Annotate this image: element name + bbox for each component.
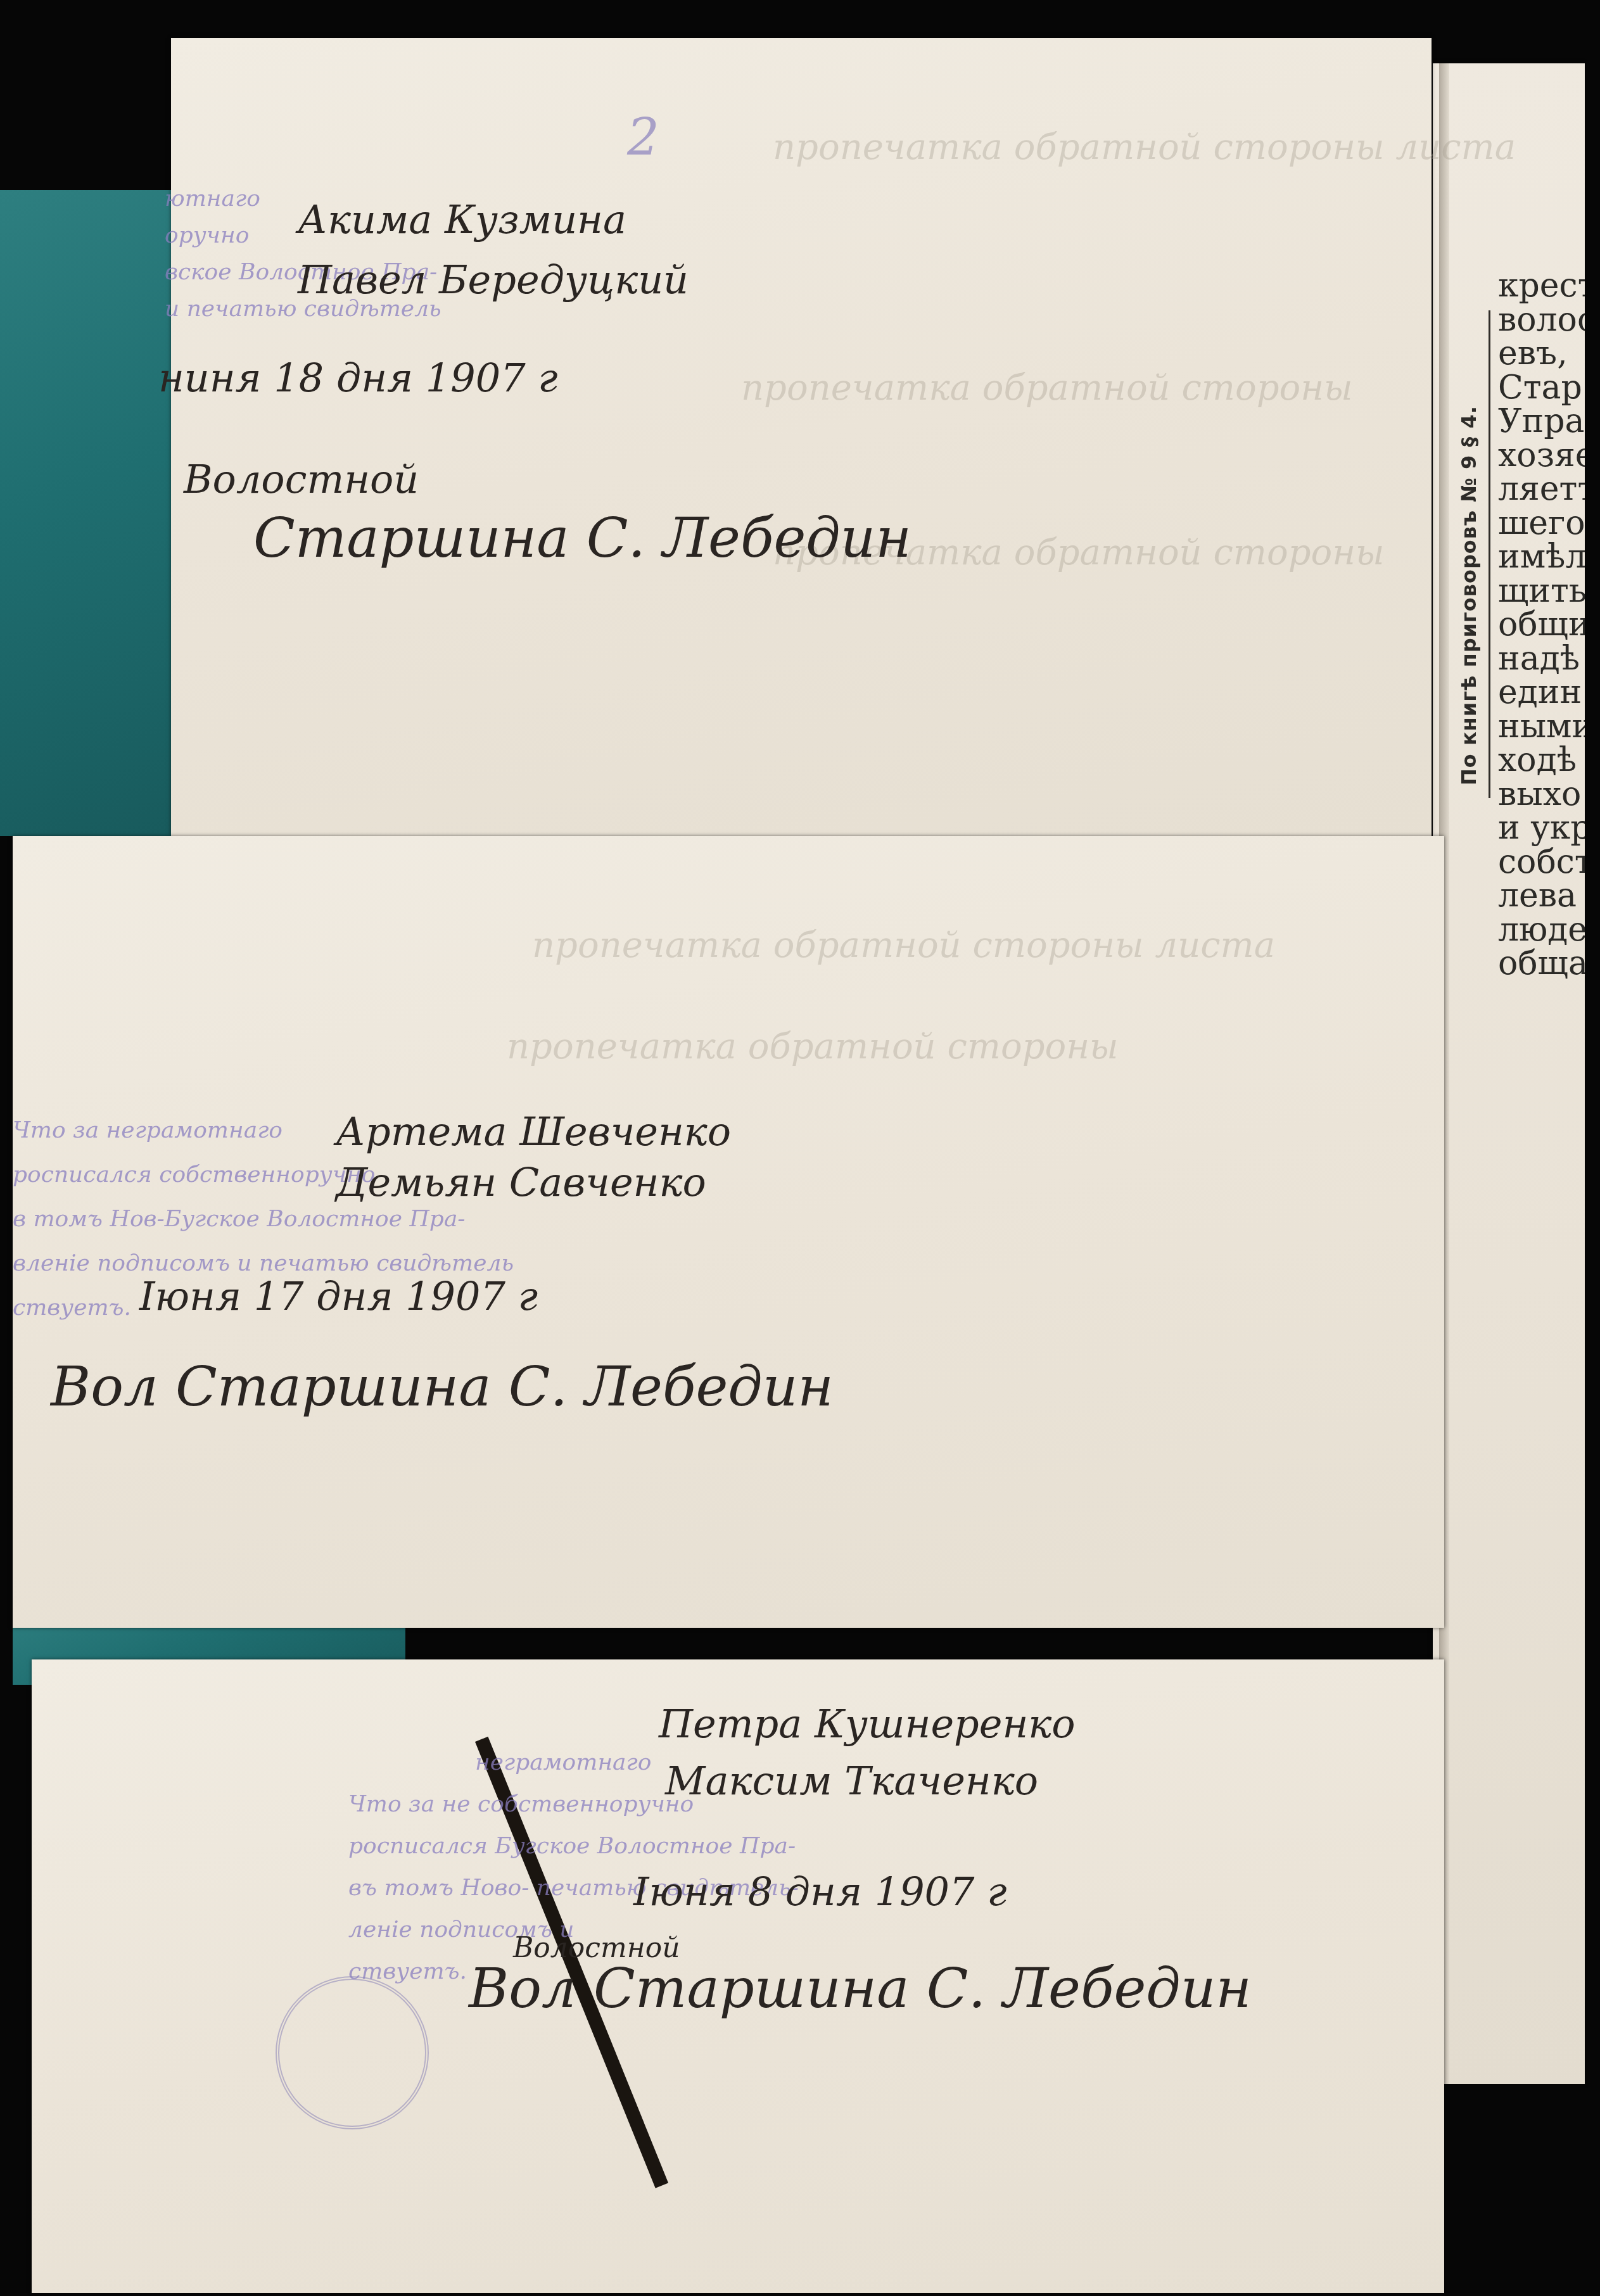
printed-line: собст [1498,846,1585,880]
printed-text-column: крест волос евъ, Стар Упра хозяе ляетт ш… [1498,269,1585,981]
printed-line: волос [1498,303,1585,338]
printed-line: обща [1498,947,1585,981]
signature: Вол Старшина С. Лебедин [469,1957,1252,2020]
sheet-3: неграмотнаго Что за не собственноручно р… [32,1659,1444,2293]
page-number-mark: 2 [627,108,659,167]
printed-line: шего [1498,507,1585,541]
strip-rule-line [1489,310,1490,798]
handwritten-name: Максим Ткаченко [665,1758,1038,1804]
signature: Вол Старшина С. Лебедин [51,1355,834,1419]
printed-line: един [1498,676,1585,710]
sheet-1: 2 пропечатка обратной стороны листа проп… [171,38,1432,836]
handwritten-name: Артема Шевченко [336,1108,731,1155]
handwritten-name: Павел Бередуцкий [298,257,689,303]
printed-line: общи [1498,608,1585,642]
bleed-through-text: пропечатка обратной стороны [741,367,1353,409]
bleed-through-text: пропечатка обратной стороны листа [532,925,1275,966]
printed-line: ляетт [1498,473,1585,507]
stamp-line: росписался Бугское Волостное Пра- [348,1825,799,1867]
handwritten-date: ниня 18 дня 1907 г [158,355,558,401]
printed-line: ными [1498,710,1585,744]
printed-line: выхо [1498,778,1585,812]
book-reference-heading: По книгѣ приговоровъ № 9 § 4. [1457,405,1481,785]
printed-line: евъ, [1498,337,1585,371]
handwritten-date: Іюня 17 дня 1907 г [139,1273,538,1319]
handwritten-date: Іюня 8 дня 1907 г [633,1868,1007,1915]
printed-line: ходѣ [1498,744,1585,778]
signature: Старшина С. Лебедин [253,507,911,570]
official-seal [276,1976,429,2129]
printed-line: крест [1498,269,1585,303]
printed-line: лева [1498,879,1585,913]
handwritten-name: Петра Кушнеренко [659,1701,1076,1747]
printed-line: щить [1498,574,1585,609]
printed-line: Упра [1498,405,1585,439]
signature-title: Волостной [184,456,419,502]
bleed-through-text: пропечатка обратной стороны листа [773,127,1516,168]
handwritten-name: Акима Кузмина [298,196,626,243]
printed-line: Стар [1498,371,1585,405]
printed-line: и укр [1498,811,1585,846]
printed-line: имѣл [1498,540,1585,574]
printed-line: надѣ [1498,642,1585,676]
handwritten-name: Демьян Савченко [336,1159,706,1205]
printed-line: люде [1498,913,1585,948]
printed-line: хозяе [1498,439,1585,473]
bleed-through-text: пропечатка обратной стороны [507,1026,1119,1067]
sheet-2: пропечатка обратной стороны листа пропеч… [13,836,1444,1628]
